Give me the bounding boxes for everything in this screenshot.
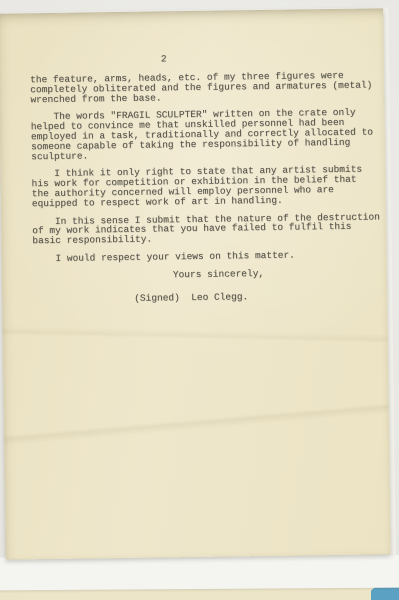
letter-body: the feature, arms, heads, etc. of my thr… [30,70,381,304]
letter-paragraph: The words "FRAGIL SCULPTER" written on t… [31,108,379,162]
letter-paragraph: I think it only right to state that any … [31,165,379,209]
underlying-white-sheet [0,555,399,591]
letter-paragraph: the feature, arms, heads, etc. of my thr… [30,70,378,104]
letter-paragraph: In this sense I submit that the nature o… [32,212,380,246]
signature-line: (Signed) Leo Clegg. [134,290,381,303]
letter-paragraph: I would respect your views on this matte… [33,249,381,264]
closing-line: Yours sincerely, [173,267,381,280]
letter-page: 2 the feature, arms, heads, etc. of my t… [0,8,391,559]
page-number: 2 [161,54,167,64]
photo-background: 2 the feature, arms, heads, etc. of my t… [0,0,399,600]
